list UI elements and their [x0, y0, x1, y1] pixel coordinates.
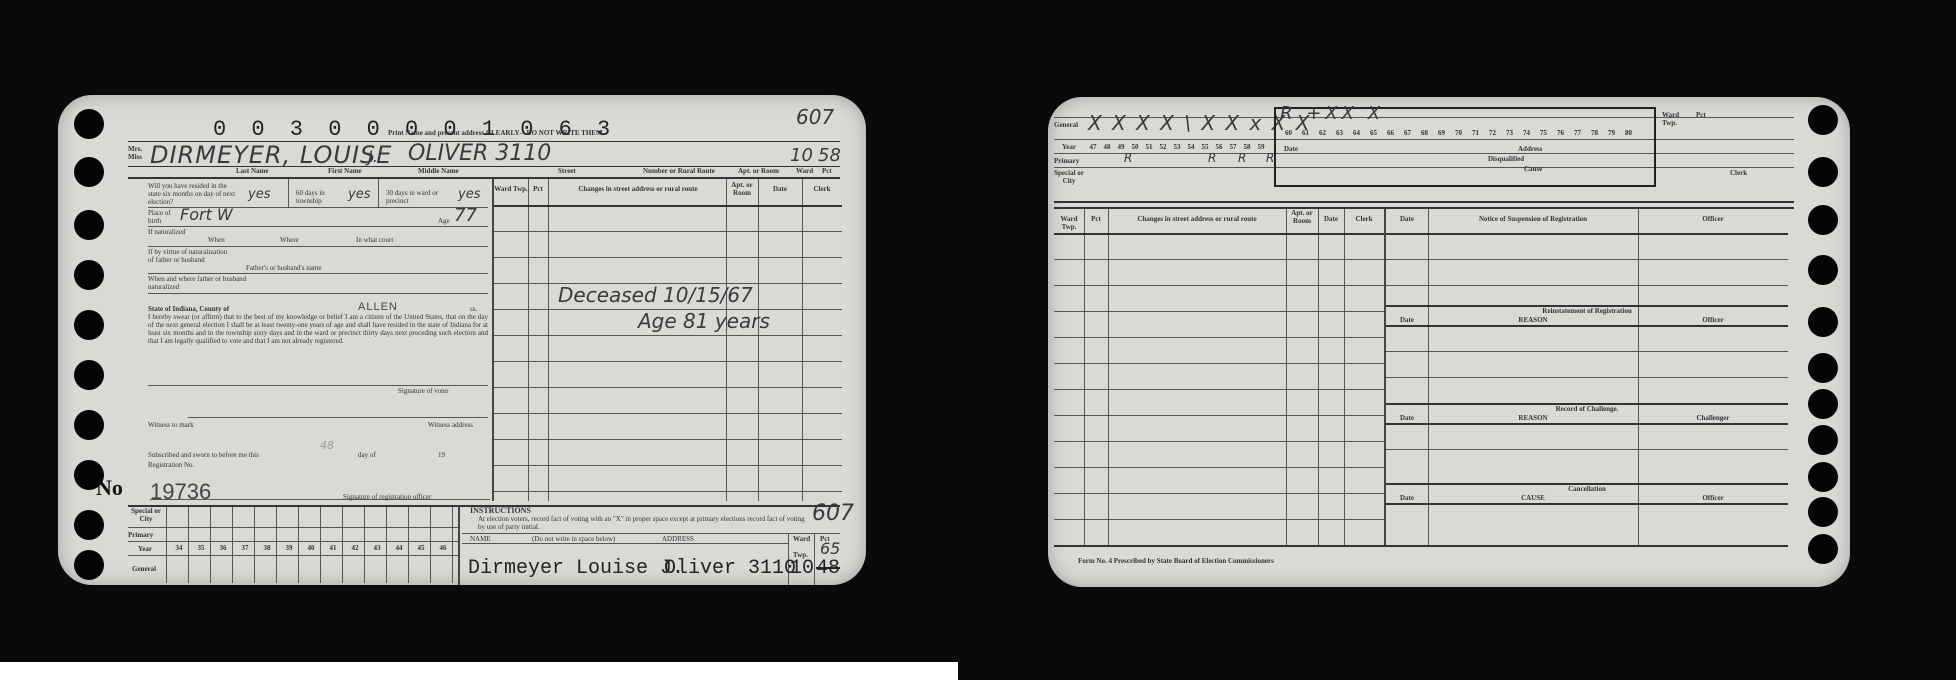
- label-street: Street: [558, 167, 576, 175]
- print-instruction: Print Name and present address CLEARLY—D…: [388, 129, 603, 137]
- cancellation-col-officer: Officer: [1638, 494, 1788, 502]
- punch-hole: [1808, 497, 1838, 527]
- registration-card-back: General Year Primary Special or City 47 …: [1048, 97, 1850, 587]
- subscribed-day: 48: [320, 439, 334, 452]
- challenge-col-challenger: Challenger: [1638, 414, 1788, 422]
- label-where: Where: [280, 236, 299, 244]
- instructions-title: INSTRUCTIONS: [470, 507, 531, 515]
- oath-text: I hereby swear (or affirm) that to the b…: [148, 313, 488, 345]
- label-signature-officer: Signature of registration officer: [343, 493, 431, 501]
- label-naturalized: If naturalized: [148, 228, 188, 236]
- label-pct: Pct: [822, 167, 832, 175]
- registration-no-prefix: No: [96, 475, 123, 501]
- cancellation-title: Cancellation: [1386, 485, 1788, 493]
- label-place-of-birth: Place of birth: [148, 209, 178, 225]
- primary-mark: R: [1124, 151, 1132, 165]
- row-special-city: Special or City: [128, 507, 164, 523]
- col-apt: Apt. or Room: [726, 181, 758, 197]
- label-apt: Apt. or Room: [738, 167, 779, 175]
- reinstatement-col-date: Date: [1386, 316, 1428, 324]
- right-vote-marks: R +XX X: [1280, 103, 1384, 124]
- challenge-col-date: Date: [1386, 414, 1428, 422]
- label-father-when-where: When and where father or husband natural…: [148, 275, 258, 291]
- label-father-naturalization: If by virtue of naturalization of father…: [148, 248, 228, 264]
- punch-hole: [1808, 205, 1838, 235]
- punch-hole: [74, 109, 104, 139]
- col-changes: Changes in street address or rural route: [550, 185, 726, 193]
- label-witness-mark: Witness to mark: [148, 421, 194, 429]
- punch-hole: [74, 310, 104, 340]
- punch-hole: [74, 260, 104, 290]
- registration-number: 19736: [150, 479, 211, 505]
- primary-mark: R: [1208, 151, 1216, 165]
- typed-ward: 10: [790, 557, 814, 580]
- row-year: Year: [1062, 143, 1076, 151]
- place-of-birth: Fort W: [180, 205, 233, 224]
- instructions-corner-number: 607: [812, 501, 854, 526]
- col-ward-twp: Ward Twp.: [1054, 215, 1084, 231]
- box-label-date: Date: [1284, 145, 1298, 153]
- punch-hole: [1808, 157, 1838, 187]
- label-witness-address: Witness address: [428, 421, 473, 429]
- challenge-title: Record of Challenge.: [1386, 405, 1788, 413]
- col-clerk: Clerk: [1344, 215, 1384, 223]
- middle-initial: J.: [368, 147, 378, 166]
- reinstatement-col-officer: Officer: [1638, 316, 1788, 324]
- form-footer: Form No. 4 Prescribed by State Board of …: [1078, 557, 1274, 565]
- label-age: Age: [438, 217, 450, 225]
- residency-question-township: 60 days in township: [296, 189, 346, 205]
- label-address: ADDRESS: [662, 535, 694, 543]
- label-last-name: Last Name: [236, 167, 268, 175]
- handwritten-pct: 65: [820, 539, 840, 558]
- col-clerk: Clerk: [802, 185, 842, 193]
- punch-hole: [74, 360, 104, 390]
- punch-hole: [1808, 462, 1838, 492]
- label-day-of: day of: [358, 451, 376, 459]
- row-year: Year: [138, 545, 152, 553]
- county-value: ALLEN: [358, 301, 398, 313]
- label-ward-bottom: Ward: [793, 535, 810, 543]
- challenge-col-reason: REASON: [1428, 414, 1638, 422]
- col-pct: Pct: [528, 185, 548, 193]
- col-date: Date: [758, 185, 802, 193]
- corner-number: 607: [796, 105, 834, 129]
- punch-hole: [74, 510, 104, 540]
- row-general: General: [1054, 121, 1078, 129]
- year-cells-left: 47 48 49 50 51 52 53 54 55 56 57 58 59: [1086, 143, 1268, 151]
- row-primary: Primary: [1054, 157, 1079, 165]
- suspension-col-date: Date: [1386, 215, 1428, 223]
- col-date: Date: [1318, 215, 1344, 223]
- suspension-col-notice: Notice of Suspension of Registration: [1428, 215, 1638, 223]
- label-year-19: 19: [438, 451, 445, 459]
- row-general: General: [132, 565, 156, 573]
- registration-card-front: 0 0 3 0 0 0 0 1 0 6 3 Print Name and pre…: [58, 95, 866, 585]
- label-name: NAME: [470, 535, 491, 543]
- reinstatement-col-reason: REASON: [1428, 316, 1638, 324]
- box-label-cause: Cause: [1524, 165, 1542, 173]
- box-label-address: Address: [1518, 145, 1542, 153]
- oath-state-county: State of Indiana, County of: [148, 305, 229, 313]
- punch-hole: [1808, 353, 1838, 383]
- punch-hole: [1808, 425, 1838, 455]
- label-court: In what court: [356, 236, 393, 244]
- primary-mark: R: [1238, 151, 1246, 165]
- punch-hole: [1808, 534, 1838, 564]
- typed-address: Oliver 3110: [664, 557, 796, 580]
- oath-ss: ss.: [470, 305, 477, 313]
- label-first-name: First Name: [328, 167, 362, 175]
- label-do-not-write: (Do not write in space below): [532, 535, 615, 543]
- label-subscribed: Subscribed and sworn to before me this: [148, 451, 259, 459]
- label-pct: Pct: [1696, 111, 1706, 119]
- reinstatement-title: Reinstatement of Registration: [1386, 307, 1788, 315]
- ward-top: 10: [790, 145, 813, 166]
- label-clerk: Clerk: [1730, 169, 1747, 177]
- year-cells-right: 60 61 62 63 64 65 66 67 68 69 70 71 72 7…: [1280, 129, 1637, 137]
- label-middle-name: Middle Name: [418, 167, 459, 175]
- residency-answer-township: yes: [348, 187, 370, 202]
- punch-hole: [74, 157, 104, 187]
- label-ward-twp: Ward Twp.: [1662, 111, 1686, 127]
- punch-hole: [1808, 307, 1838, 337]
- punch-hole: [74, 550, 104, 580]
- label-signature-voter: Signature of voter: [398, 387, 449, 395]
- label-ward: Ward: [796, 167, 813, 175]
- voter-name: DIRMEYER, LOUISE: [150, 141, 392, 169]
- changes-entry-deceased: Deceased 10/15/67: [558, 283, 753, 307]
- punch-hole: [74, 210, 104, 240]
- cancellation-col-date: Date: [1386, 494, 1428, 502]
- residency-answer-state: yes: [248, 187, 270, 202]
- col-pct: Pct: [1084, 215, 1108, 223]
- col-ward-twp: Ward Twp.: [494, 185, 528, 193]
- residency-answer-ward: yes: [458, 187, 480, 202]
- changes-entry-age: Age 81 years: [638, 309, 770, 333]
- residency-question-state: Will you have resided in the state six m…: [148, 182, 238, 206]
- row-special-city: Special or City: [1054, 169, 1084, 185]
- suspension-col-officer: Officer: [1638, 215, 1788, 223]
- residency-question-ward: 30 days in ward or precinct: [386, 189, 446, 205]
- pct-top: 58: [818, 145, 841, 166]
- box-label-disqualified: Disqualified: [1488, 155, 1524, 163]
- instructions-text: At election voters, record fact of votin…: [478, 515, 808, 531]
- punch-hole: [1808, 389, 1838, 419]
- label-registration-no: Registration No.: [148, 461, 194, 469]
- punch-hole: [74, 410, 104, 440]
- row-primary: Primary: [128, 531, 153, 539]
- label-when: When: [208, 236, 225, 244]
- title-prefix: Mrs. Miss: [128, 145, 146, 161]
- typed-pct-struck: 48: [816, 557, 840, 580]
- punch-hole: [1808, 105, 1838, 135]
- label-father-name: Father's or husband's name: [246, 264, 321, 272]
- cancellation-col-cause: CAUSE: [1428, 494, 1638, 502]
- typed-name: Dirmeyer Louise J.: [468, 557, 684, 580]
- label-number: Number or Rural Route: [643, 167, 715, 175]
- scan-border: [0, 662, 958, 680]
- punch-hole: [1808, 255, 1838, 285]
- age-value: 77: [454, 205, 477, 226]
- col-changes: Changes in street address or rural route: [1108, 215, 1286, 223]
- col-apt: Apt. or Room: [1286, 209, 1318, 225]
- street-address: OLIVER 3110: [408, 141, 551, 166]
